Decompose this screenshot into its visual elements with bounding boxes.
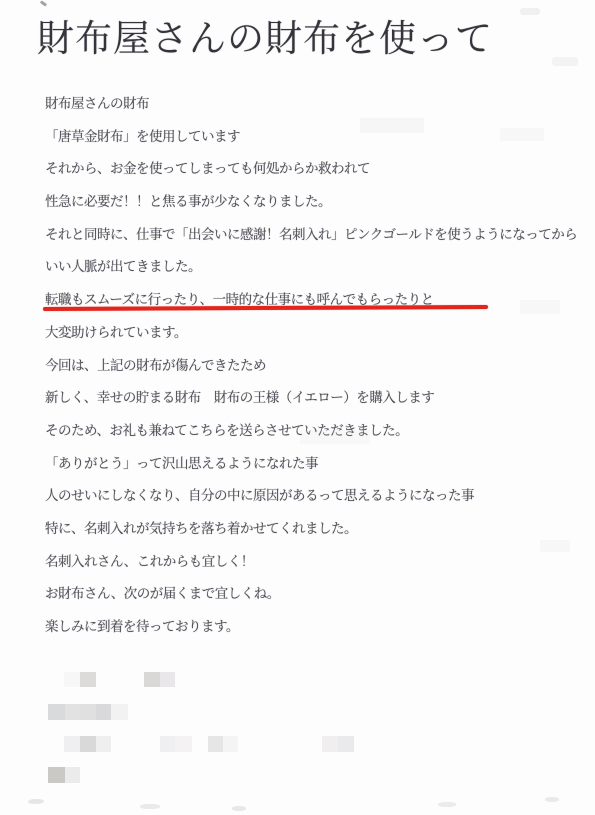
redacted-block — [80, 672, 96, 687]
letter-line-text: 「唐草金財布」を使用しています — [45, 129, 240, 145]
redacted-block — [338, 736, 354, 752]
letter-line: それと同時に、仕事で「出会いに感謝！名刺入れ」ピンクゴールドを使うようになってか… — [45, 219, 585, 252]
letter-line: 人のせいにしなくなり、自分の中に原因があるって思えるようになった事 — [45, 480, 585, 513]
letter-line-text: お財布さん、次のが届くまで宜しくね。 — [45, 586, 280, 602]
letter-line: 楽しみに到着を待っております。 — [45, 611, 585, 644]
letter-line-text: 「ありがとう」って沢山思えるようになれた事 — [45, 456, 318, 472]
letter-line-text: 人のせいにしなくなり、自分の中に原因があるって思えるようになった事 — [45, 488, 474, 504]
letter-line: 新しく、幸せの貯まる財布 財布の王様（イエロー）を購入します — [45, 382, 585, 415]
redacted-block — [48, 704, 65, 720]
red-marker-underline — [43, 305, 488, 311]
scan-speck — [40, 0, 47, 6]
letter-line: 名刺入れさん、これからも宜しく！ — [45, 546, 585, 579]
redacted-block — [160, 736, 175, 752]
letter-line: 今回は、上記の財布が傷んできたため — [45, 350, 585, 383]
redacted-block — [208, 736, 223, 752]
redacted-block — [64, 736, 80, 752]
redacted-block — [111, 704, 128, 720]
letter-line: お財布さん、次のが届くまで宜しくね。 — [45, 578, 585, 611]
redacted-block — [175, 736, 192, 752]
redacted-block — [322, 736, 338, 752]
letter-line: 転職もスムーズに行ったり、一時的な仕事にも呼んでもらったりと — [45, 284, 585, 317]
letter-line-text: いい人脈が出てきました。 — [45, 259, 201, 275]
scan-smudge — [520, 8, 540, 15]
letter-line-text: そのため、お礼も兼ねてこちらを送らさせていただきました。 — [45, 423, 408, 439]
letter-line-text: 大変助けられています。 — [45, 325, 187, 341]
letter-line: それから、お金を使ってしまっても何処からか救われて — [45, 153, 585, 186]
letter-line: 「ありがとう」って沢山思えるようになれた事 — [45, 448, 585, 481]
redacted-block — [48, 767, 65, 783]
redacted-block — [80, 704, 96, 720]
letter-line: 性急に必要だ！！と焦る事が少なくなりました。 — [45, 186, 585, 219]
redacted-block — [64, 672, 80, 687]
redacted-block — [80, 736, 96, 752]
letter-line: 大変助けられています。 — [45, 317, 585, 350]
letter-line: 財布屋さんの財布 — [45, 88, 585, 121]
scan-smudge — [552, 57, 578, 66]
scan-speck — [140, 804, 160, 809]
redacted-block — [223, 736, 238, 752]
redacted-block — [96, 736, 111, 752]
scan-speck — [232, 806, 246, 811]
scan-speck — [438, 802, 456, 807]
letter-line-text: 名刺入れさん、これからも宜しく！ — [45, 554, 254, 570]
letter-line-text: 今回は、上記の財布が傷んできたため — [45, 358, 266, 374]
letter-line-text: 性急に必要だ！！と焦る事が少なくなりました。 — [45, 194, 331, 210]
letter-line-text: 楽しみに到着を待っております。 — [45, 619, 239, 635]
letter-body: 財布屋さんの財布「唐草金財布」を使用していますそれから、お金を使ってしまっても何… — [45, 88, 585, 644]
redacted-block — [96, 704, 111, 720]
letter-line: 特に、名刺入れが気持ちを落ち着かせてくれました。 — [45, 513, 585, 546]
letter-line-text: 新しく、幸せの貯まる財布 財布の王様（イエロー）を購入します — [45, 390, 434, 406]
scanned-letter-page: 財布屋さんの財布を使って 財布屋さんの財布「唐草金財布」を使用していますそれから… — [0, 0, 595, 815]
letter-line-text: それと同時に、仕事で「出会いに感謝！名刺入れ」ピンクゴールドを使うようになってか… — [45, 227, 577, 243]
redacted-block — [65, 704, 80, 720]
letter-title: 財布屋さんの財布を使って — [37, 8, 493, 62]
letter-line: 「唐草金財布」を使用しています — [45, 121, 585, 154]
letter-line-text: 財布屋さんの財布 — [45, 96, 149, 112]
letter-line: そのため、お礼も兼ねてこちらを送らさせていただきました。 — [45, 415, 585, 448]
redacted-block — [160, 672, 175, 687]
redacted-block — [65, 767, 80, 783]
redacted-block — [144, 672, 160, 687]
letter-line-text: 特に、名刺入れが気持ちを落ち着かせてくれました。 — [45, 521, 357, 537]
letter-line-text: それから、お金を使ってしまっても何処からか救われて — [45, 161, 370, 177]
letter-line: いい人脈が出てきました。 — [45, 251, 585, 284]
scan-speck — [28, 799, 44, 804]
scan-speck — [545, 797, 559, 802]
